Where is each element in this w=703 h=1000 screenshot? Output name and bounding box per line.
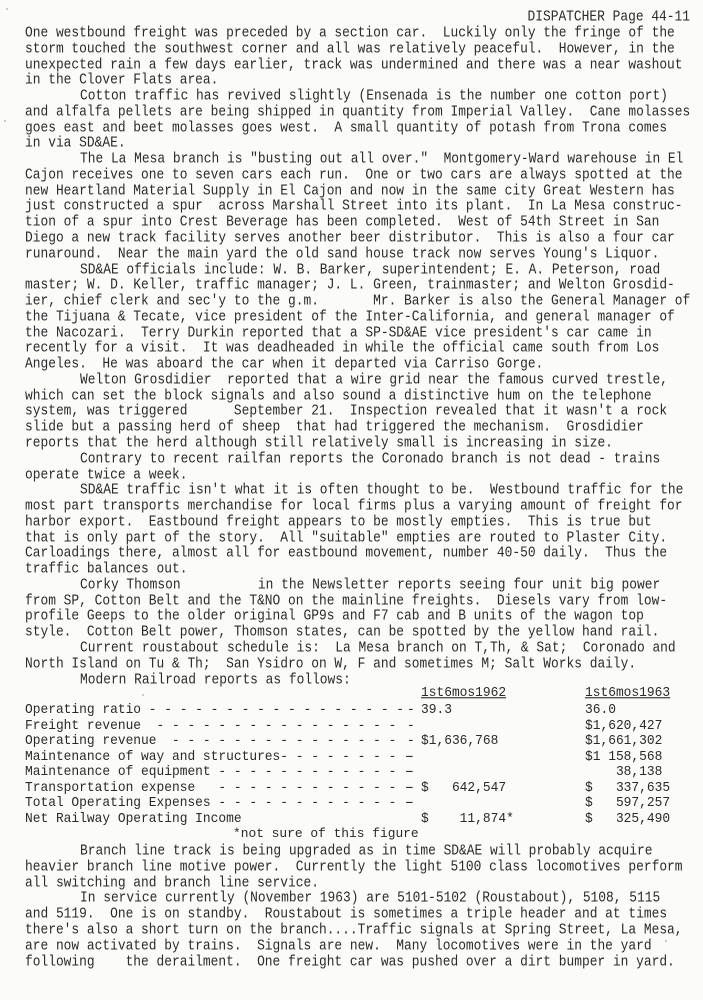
leader-dash: - bbox=[407, 732, 415, 749]
text-line: following the derailment. One freight ca… bbox=[25, 953, 675, 971]
row-label: Net Railway Operating Income bbox=[25, 810, 242, 827]
value-1963: 38,138 bbox=[585, 763, 662, 780]
value-1962: $1,636,768 bbox=[421, 732, 498, 749]
column-header-1963: 1st6mos1963 bbox=[585, 684, 670, 701]
text-line: Modern Railroad reports as follows: bbox=[80, 671, 351, 689]
value-1963: $ 337,635 bbox=[585, 779, 670, 796]
leader-dash: - bbox=[407, 717, 415, 734]
page-label: Page bbox=[613, 8, 644, 25]
value-1963: $1 158,568 bbox=[585, 748, 662, 765]
table-row: Operating revenue - - - - - - - - - - - … bbox=[25, 732, 685, 748]
row-label: Operating ratio - - - - - - - - - - - - … bbox=[25, 701, 404, 718]
scan-speck bbox=[6, 8, 8, 10]
scan-speck bbox=[665, 940, 667, 942]
row-label: Transportation expense - - - - - - - - -… bbox=[25, 779, 412, 796]
scan-speck bbox=[4, 120, 6, 122]
value-1963: $1,661,302 bbox=[585, 732, 662, 749]
table-row: Transportation expense - - - - - - - - -… bbox=[25, 779, 685, 795]
leader-dash: - bbox=[407, 748, 415, 765]
table-row: Total Operating Expenses - - - - - - - -… bbox=[25, 794, 685, 810]
table-row: Maintenance of equipment - - - - - - - -… bbox=[25, 763, 685, 779]
row-label: Freight revenue - - - - - - - - - - - - … bbox=[25, 717, 396, 734]
page-number: 44-11 bbox=[651, 8, 690, 25]
row-label: Total Operating Expenses - - - - - - - -… bbox=[25, 794, 412, 811]
row-label: Maintenance of equipment - - - - - - - -… bbox=[25, 763, 412, 780]
column-header-1962: 1st6mos1962 bbox=[421, 684, 506, 701]
leader-dash: - bbox=[407, 701, 415, 718]
text-line: storm touched the southwest corner and a… bbox=[25, 40, 675, 58]
publication-title: DISPATCHER bbox=[528, 8, 605, 25]
value-1962: 39.3 bbox=[421, 701, 452, 718]
value-1962: $ 11,874* bbox=[421, 810, 514, 827]
row-label: Operating revenue - - - - - - - - - - - … bbox=[25, 732, 396, 749]
table-row: Operating ratio - - - - - - - - - - - - … bbox=[25, 701, 685, 717]
row-label: Maintenance of way and structures- - - -… bbox=[25, 748, 412, 765]
value-1963: $ 597,257 bbox=[585, 794, 670, 811]
table-row: Net Railway Operating Income$ 11,874*$ 3… bbox=[25, 810, 685, 826]
table-row: Freight revenue - - - - - - - - - - - - … bbox=[25, 717, 685, 733]
page-header: DISPATCHER Page 44-11 bbox=[528, 8, 691, 25]
document-page: DISPATCHER Page 44-11 One westbound frei… bbox=[0, 0, 703, 1000]
table-row: Maintenance of way and structures- - - -… bbox=[25, 748, 685, 764]
value-1963: $1,620,427 bbox=[585, 717, 662, 734]
scan-speck bbox=[142, 694, 144, 696]
table-footnote: *not sure of this figure bbox=[233, 826, 419, 841]
leader-dash: - bbox=[407, 779, 415, 796]
value-1963: 36.0 bbox=[585, 701, 616, 718]
value-1962: $ 642,547 bbox=[421, 779, 506, 796]
text-line: Contrary to recent railfan reports the C… bbox=[80, 450, 660, 468]
leader-dash: - bbox=[407, 763, 415, 780]
text-line: runaround. Near the main yard the old sa… bbox=[25, 245, 659, 263]
leader-dash: - bbox=[407, 794, 415, 811]
value-1963: $ 325,490 bbox=[585, 810, 670, 827]
